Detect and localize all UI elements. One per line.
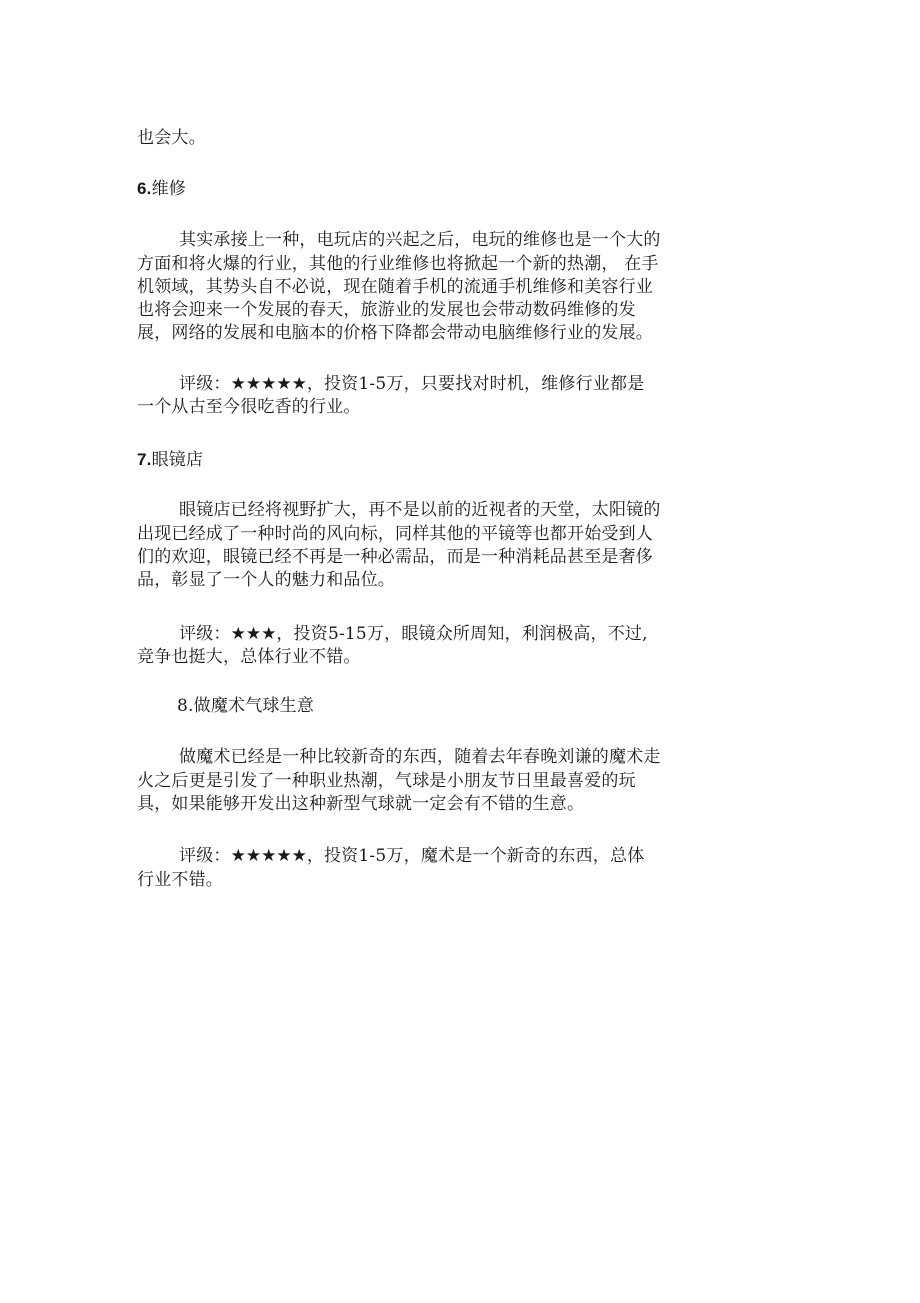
body-line: 做魔术已经是一种比较新奇的东西，随着去年春晚刘谦的魔术走 — [179, 746, 661, 769]
rating-label: 评级： — [179, 846, 231, 866]
section-heading-6: 6.维修 — [137, 177, 186, 201]
star-rating-icon: ★★★ — [231, 624, 277, 644]
rating-line: 竞争也挺大，总体行业不错。 — [137, 646, 361, 669]
rating-line: 评级：★★★★★，投资1-5万，只要找对时机，维修行业都是 — [179, 373, 644, 396]
body-line: 其实承接上一种，电玩店的兴起之后，电玩的维修也是一个大的 — [179, 229, 661, 252]
body-line: 展，网络的发展和电脑本的价格下降都会带动电脑维修行业的发展。 — [137, 322, 653, 345]
rating-label: 评级： — [179, 374, 231, 394]
section-number: 7. — [137, 450, 152, 469]
rating-line: 评级：★★★，投资5-15万，眼镜众所周知，利润极高，不过, — [179, 623, 648, 646]
section-number: 8. — [177, 696, 194, 716]
rating-line: 一个从古至今很吃香的行业。 — [137, 396, 361, 419]
star-rating-icon: ★★★★★ — [231, 846, 307, 866]
body-line: 出现已经成了一种时尚的风向标，同样其他的平镜等也都开始受到人 — [137, 523, 653, 546]
rating-text: ，投资1-5万，只要找对时机，维修行业都是 — [307, 374, 645, 394]
section-heading-7: 7.眼镜店 — [137, 448, 203, 472]
section-title: 做魔术气球生意 — [194, 696, 314, 716]
continuation-line: 也会大。 — [137, 127, 206, 150]
body-line: 火之后更是引发了一种职业热潮，气球是小朋友节日里最喜爱的玩 — [137, 770, 636, 793]
section-number: 6. — [137, 179, 152, 198]
body-line: 眼镜店已经将视野扩大，再不是以前的近视者的天堂，太阳镜的 — [179, 499, 661, 522]
body-line: 也将会迎来一个发展的春天，旅游业的发展也会带动数码维修的发 — [137, 299, 636, 322]
rating-label: 评级： — [179, 624, 231, 644]
rating-line: 评级：★★★★★，投资1-5万，魔术是一个新奇的东西，总体 — [179, 845, 644, 868]
body-line: 机领域，其势头自不必说，现在随着手机的流通手机维修和美容行业 — [137, 276, 653, 299]
rating-text: ，投资5-15万，眼镜众所周知，利润极高，不过, — [276, 624, 647, 644]
body-line: 品，彰显了一个人的魅力和品位。 — [137, 569, 395, 592]
section-heading-8: 8.做魔术气球生意 — [177, 695, 314, 718]
section-title: 维修 — [152, 179, 186, 199]
section-title: 眼镜店 — [152, 450, 204, 470]
body-line: 们的欢迎，眼镜已经不再是一种必需品，而是一种消耗品甚至是奢侈 — [137, 546, 653, 569]
body-line: 具，如果能够开发出这种新型气球就一定会有不错的生意。 — [137, 793, 584, 816]
body-line: 方面和将火爆的行业，其他的行业维修也将掀起一个新的热潮， 在手 — [137, 253, 659, 276]
rating-line: 行业不错。 — [137, 869, 223, 892]
document-page: 也会大。 6.维修 其实承接上一种，电玩店的兴起之后，电玩的维修也是一个大的 方… — [0, 0, 920, 1303]
rating-text: ，投资1-5万，魔术是一个新奇的东西，总体 — [307, 846, 645, 866]
star-rating-icon: ★★★★★ — [231, 374, 307, 394]
